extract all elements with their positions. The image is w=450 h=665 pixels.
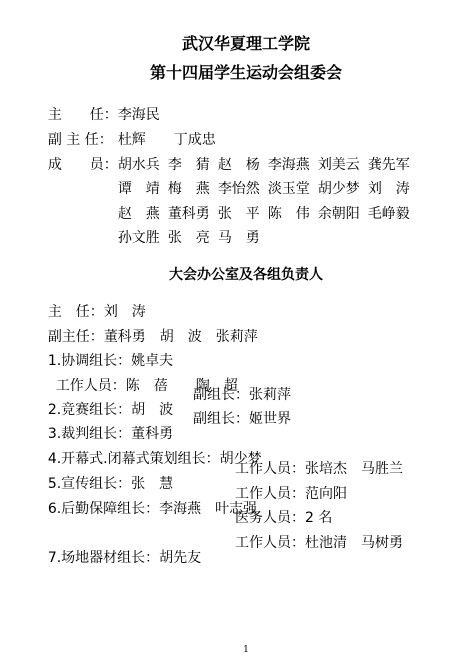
group-line-venue-equipment: 7.场地器材组长：胡先友 工作人员：杜池清 马树勇	[30, 536, 450, 596]
document-page: 武汉华夏理工学院 第十四届学生运动会组委会 主 任：李海民 副 主 任：杜辉 丁…	[0, 0, 450, 665]
member-name: 孙文胜	[118, 231, 168, 246]
group-right-text: 副组长：姬世界	[193, 412, 291, 427]
group-left-text: 7.场地器材组长：胡先友	[48, 550, 201, 566]
group-right-text: 工作人员：范向阳	[235, 487, 347, 502]
group-right-text: 工作人员：张培杰 马胜兰	[235, 462, 403, 477]
document-subtitle: 第十四届学生运动会组委会	[30, 60, 450, 83]
office-section-heading: 大会办公室及各组负责人	[30, 264, 450, 284]
group-right-text: 工作人员：杜池清 马树勇	[235, 536, 403, 551]
page-number: 1	[30, 645, 450, 655]
group-right-text: 医务人员：2 名	[235, 511, 332, 526]
member-name: 马 勇	[218, 231, 260, 246]
document-title: 武汉华夏理工学院	[30, 31, 450, 54]
group-right-text: 副组长：张莉萍	[193, 388, 291, 403]
committee-members-row: 孙文胜张 亮马 勇	[100, 216, 450, 261]
member-name: 张 亮	[168, 231, 218, 246]
